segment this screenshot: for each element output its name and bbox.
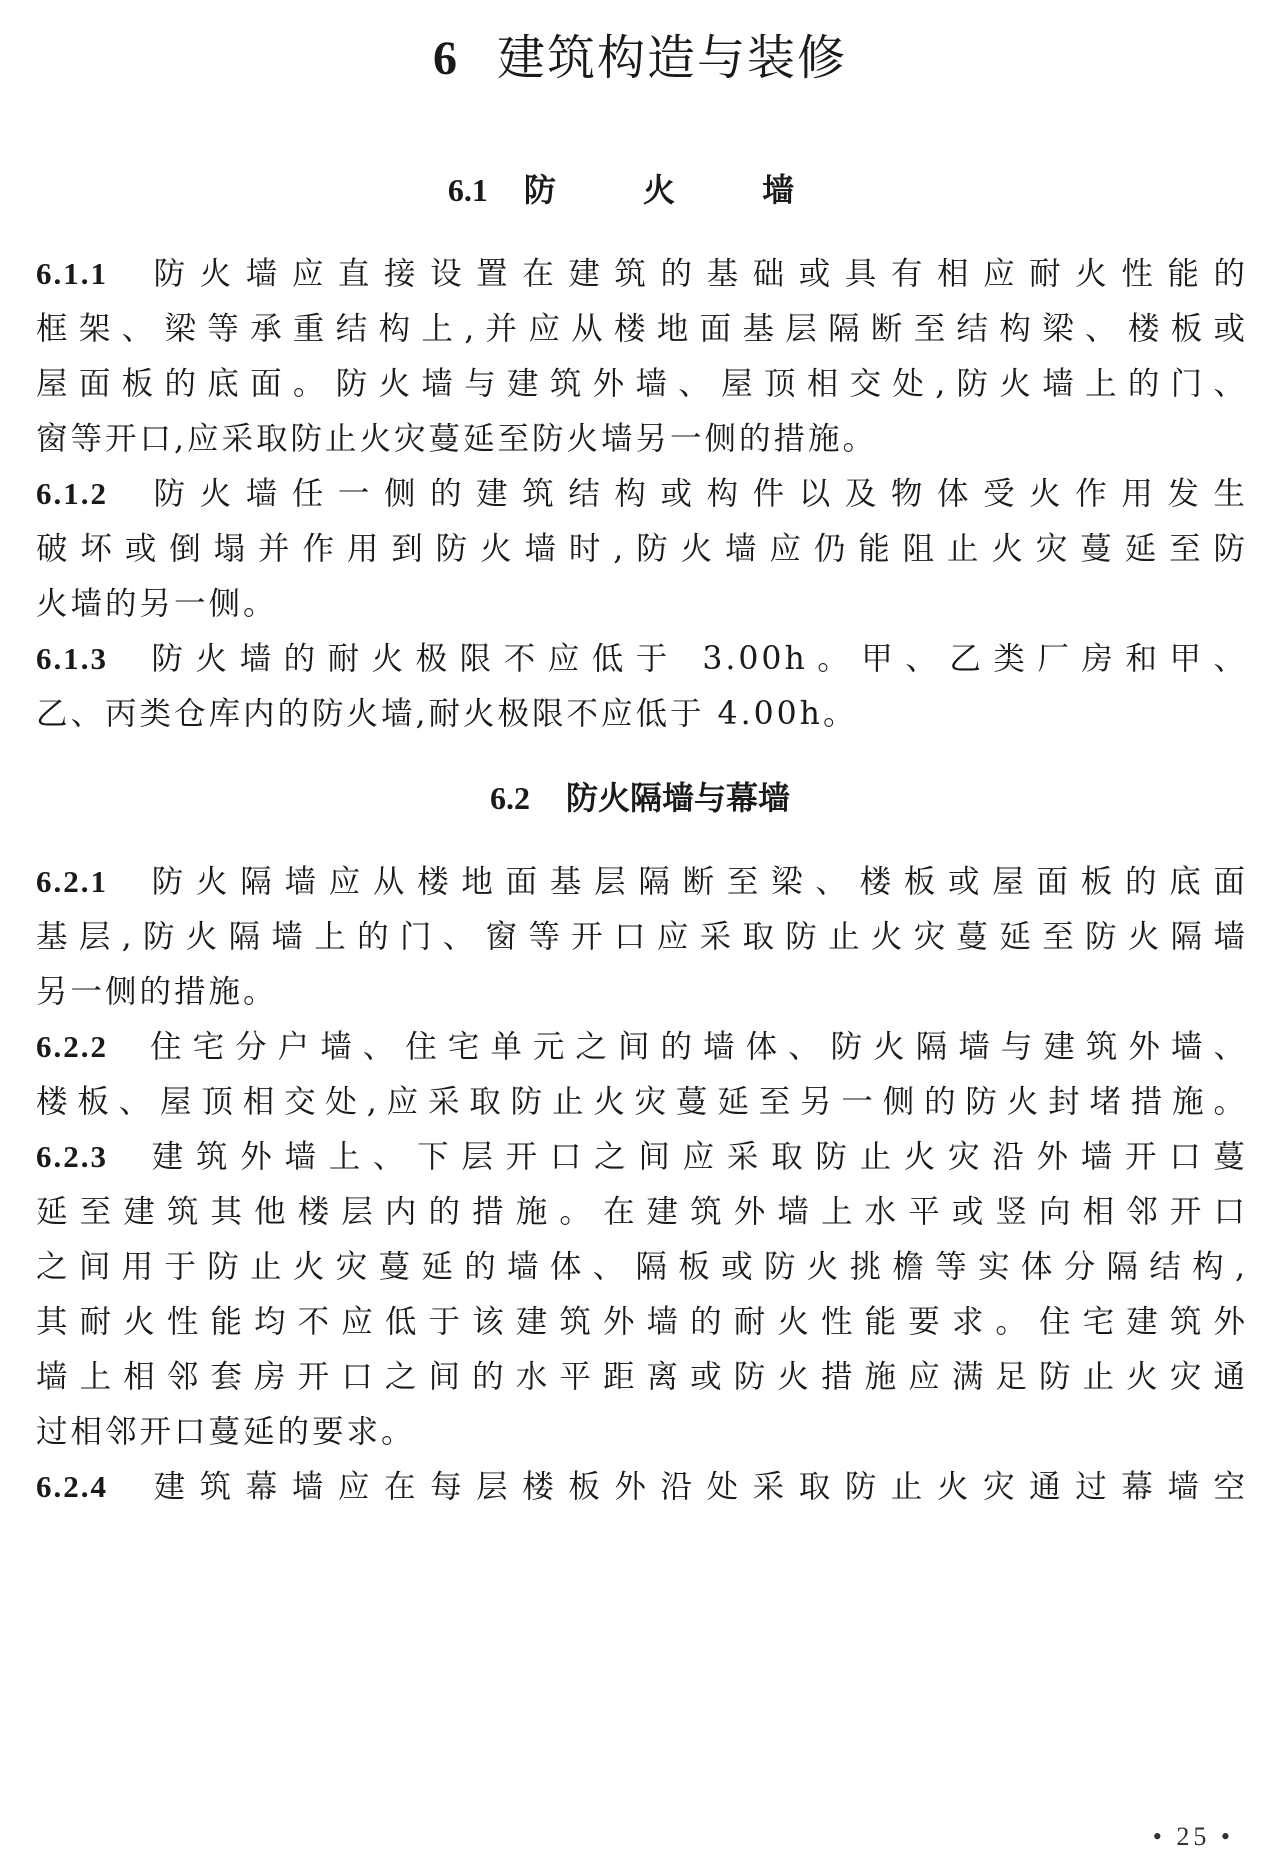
clause-text: 建筑外墙上、下层开口之间应采取防止火灾沿外墙开口蔓: [142, 1139, 1248, 1175]
clause-number: 6.2.4: [36, 1469, 108, 1504]
clause-text: 防火墙任一侧的建筑结构或构件以及物体受火作用发生: [142, 476, 1248, 512]
clause-text: 住宅分户墙、住宅单元之间的墙体、防火隔墙与建筑外墙、: [142, 1029, 1248, 1065]
clause-6-2-4-line-1: 6.2.4建筑幕墙应在每层楼板外沿处采取防止火灾通过幕墙空: [36, 1467, 1248, 1507]
clause-number: 6.1.2: [36, 476, 108, 511]
clause-number: 6.1.3: [36, 641, 108, 676]
clause-text: 防火隔墙应从楼地面基层隔断至梁、楼板或屋面板的底面: [142, 864, 1248, 900]
clause-number: 6.2.1: [36, 864, 108, 899]
clause-6-1-3-line-1: 6.1.3防火墙的耐火极限不应低于 3.00h。甲、乙类厂房和甲、: [36, 639, 1248, 679]
clause-text: 防火墙的耐火极限不应低于 3.00h。甲、乙类厂房和甲、: [142, 641, 1248, 677]
clause-6-2-3-line-6: 过相邻开口蔓延的要求。: [36, 1412, 1248, 1452]
chapter-title-text: 建筑构造与装修: [497, 30, 847, 86]
clause-number: 6.2.3: [36, 1139, 108, 1174]
section-title-text: 防 火 墙: [524, 171, 832, 209]
section-title-6-1: 6.1防 火 墙: [0, 170, 1280, 210]
clause-6-2-3-line-3: 之间用于防止火灾蔓延的墙体、隔板或防火挑檐等实体分隔结构,: [36, 1247, 1248, 1287]
document-page: 6建筑构造与装修 6.1防 火 墙 6.1.1防火墙应直接设置在建筑的基础或具有…: [0, 0, 1280, 1863]
clause-6-1-2-line-2: 破坏或倒塌并作用到防火墙时,防火墙应仍能阻止火灾蔓延至防: [36, 529, 1248, 569]
clause-6-2-1-line-3: 另一侧的措施。: [36, 972, 1248, 1012]
page-number: • 25 •: [1153, 1822, 1234, 1852]
clause-6-1-1-line-2: 框架、梁等承重结构上,并应从楼地面基层隔断至结构梁、楼板或: [36, 309, 1248, 349]
clause-6-2-3-line-1: 6.2.3建筑外墙上、下层开口之间应采取防止火灾沿外墙开口蔓: [36, 1137, 1248, 1177]
clause-text: 建筑幕墙应在每层楼板外沿处采取防止火灾通过幕墙空: [142, 1469, 1248, 1505]
clause-6-2-2-line-1: 6.2.2住宅分户墙、住宅单元之间的墙体、防火隔墙与建筑外墙、: [36, 1027, 1248, 1067]
clause-6-1-2-line-3: 火墙的另一侧。: [36, 584, 1248, 624]
section-title-6-2: 6.2防火隔墙与幕墙: [0, 778, 1280, 818]
clause-6-1-1-line-3: 屋面板的底面。防火墙与建筑外墙、屋顶相交处,防火墙上的门、: [36, 364, 1248, 404]
clause-6-1-1-line-1: 6.1.1防火墙应直接设置在建筑的基础或具有相应耐火性能的: [36, 254, 1248, 294]
clause-6-1-3-line-2: 乙、丙类仓库内的防火墙,耐火极限不应低于 4.00h。: [36, 694, 1248, 734]
chapter-title: 6建筑构造与装修: [0, 28, 1280, 89]
clause-6-2-2-line-2: 楼板、屋顶相交处,应采取防止火灾蔓延至另一侧的防火封堵措施。: [36, 1082, 1248, 1122]
clause-6-2-1-line-2: 基层,防火隔墙上的门、窗等开口应采取防止火灾蔓延至防火隔墙: [36, 917, 1248, 957]
clause-6-1-2-line-1: 6.1.2防火墙任一侧的建筑结构或构件以及物体受火作用发生: [36, 474, 1248, 514]
clause-number: 6.1.1: [36, 256, 108, 291]
section-title-text: 防火隔墙与幕墙: [566, 779, 790, 817]
clause-6-2-1-line-1: 6.2.1防火隔墙应从楼地面基层隔断至梁、楼板或屋面板的底面: [36, 862, 1248, 902]
section-number: 6.2: [490, 780, 530, 816]
clause-6-2-3-line-4: 其耐火性能均不应低于该建筑外墙的耐火性能要求。住宅建筑外: [36, 1302, 1248, 1342]
clause-6-2-3-line-2: 延至建筑其他楼层内的措施。在建筑外墙上水平或竖向相邻开口: [36, 1192, 1248, 1232]
chapter-number: 6: [433, 32, 459, 85]
section-number: 6.1: [448, 172, 488, 208]
clause-text: 防火墙应直接设置在建筑的基础或具有相应耐火性能的: [142, 256, 1248, 292]
clause-6-1-1-line-4: 窗等开口,应采取防止火灾蔓延至防火墙另一侧的措施。: [36, 419, 1248, 459]
clause-number: 6.2.2: [36, 1029, 108, 1064]
clause-6-2-3-line-5: 墙上相邻套房开口之间的水平距离或防火措施应满足防止火灾通: [36, 1357, 1248, 1397]
